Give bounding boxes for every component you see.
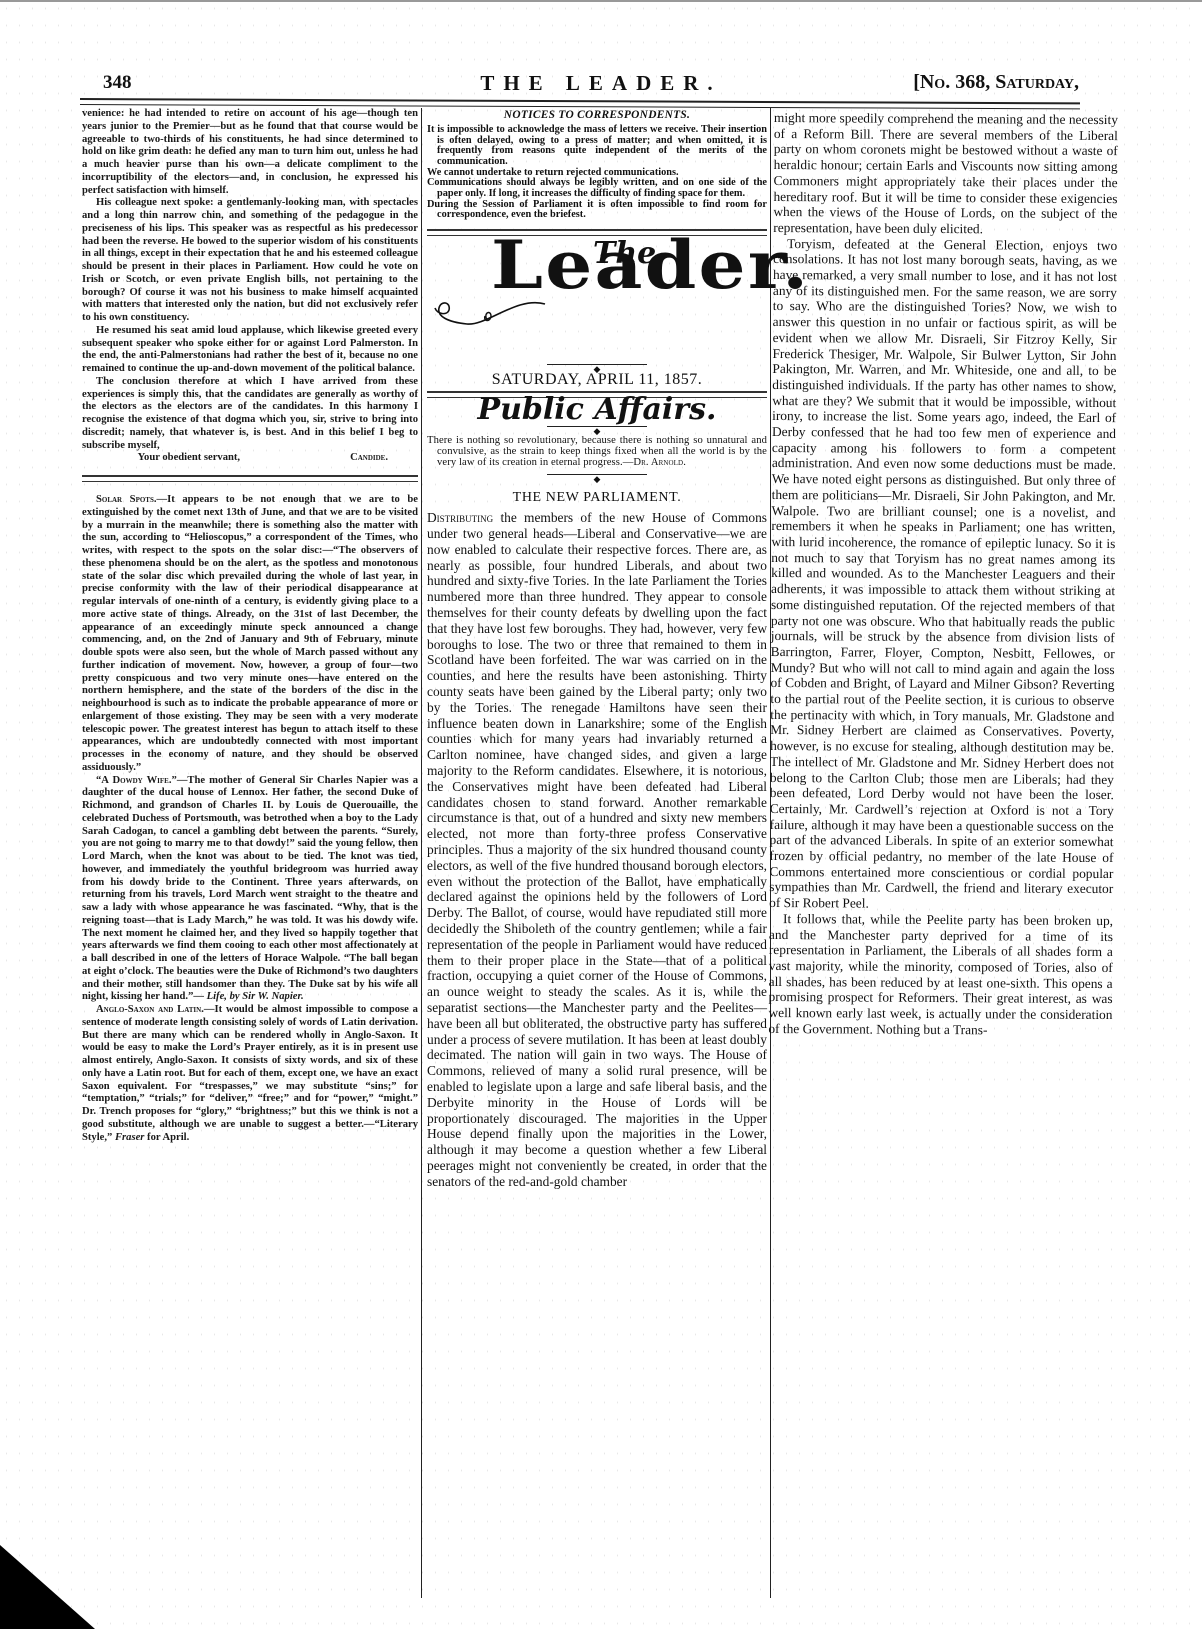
heading-anglo-saxon: Anglo-Saxon and Latin. <box>96 1004 204 1015</box>
drop-lead: Distributing <box>427 510 493 525</box>
page-header: 348 THE LEADER. [No. 368, Saturday, <box>0 0 1202 100</box>
letter-paragraph: The conclusion therefore at which I have… <box>82 376 418 453</box>
article-body: Distributing the members of the new Hous… <box>427 510 767 1189</box>
section-title: Public Affairs. <box>427 402 767 418</box>
letter-paragraph: He resumed his seat amid loud applause, … <box>82 325 418 376</box>
notices-heading: NOTICES TO CORRESPONDENTS. <box>427 108 767 124</box>
article-paragraph: Toryism, defeated at the General Electio… <box>769 236 1117 913</box>
epigraph-author: Dr. Arnold. <box>633 457 686 468</box>
ornament-divider: ◆ <box>427 470 767 480</box>
notice-item: During the Session of Parliament it is o… <box>427 200 767 221</box>
article-paragraph: It follows that, while the Peelite party… <box>768 911 1113 1039</box>
source-napier: Life, by Sir W. Napier. <box>207 991 304 1002</box>
column-rule <box>421 108 422 1598</box>
letter-signoff: Your obedient servant,Candide. <box>82 452 418 465</box>
epigraph: There is nothing so revolutionary, becau… <box>427 436 767 469</box>
article-paragraph: might more speedily comprehend the meani… <box>773 110 1118 238</box>
heading-dowdy-wife: “A Dowdy Wife.” <box>96 775 177 786</box>
dateline: SATURDAY, APRIL 11, 1857. <box>427 372 767 388</box>
letter-paragraph: venience: he had intended to retire on a… <box>82 108 418 197</box>
signature: Candide. <box>350 452 388 463</box>
heading-solar-spots: Solar Spots. <box>96 494 157 505</box>
column-center: NOTICES TO CORRESPONDENTS. It is impossi… <box>427 108 767 1190</box>
issue-number: [No. 368, Saturday, <box>913 71 1079 94</box>
notice-item: Communications should always be legibly … <box>427 178 767 199</box>
ornament-divider: ◆ <box>427 360 767 370</box>
ornament-divider: ◆ <box>427 422 767 432</box>
column-left: venience: he had intended to retire on a… <box>82 108 418 1144</box>
source-fraser: Fraser <box>115 1132 144 1143</box>
closing: Your obedient servant, <box>138 452 241 463</box>
masthead-logo: The Leader. <box>427 242 767 360</box>
scan-corner-shadow <box>0 1545 95 1629</box>
section-divider <box>82 475 418 482</box>
notice-item: It is impossible to acknowledge the mass… <box>427 125 767 168</box>
notices-list: It is impossible to acknowledge the mass… <box>427 125 767 221</box>
paragraph-dowdy-wife: “A Dowdy Wife.”—The mother of General Si… <box>82 775 418 1005</box>
column-right: might more speedily comprehend the meani… <box>768 110 1118 1039</box>
article-title: THE NEW PARLIAMENT. <box>427 490 767 506</box>
logo-leader: Leader. <box>491 258 810 274</box>
paragraph-anglo-saxon: Anglo-Saxon and Latin.—It would be almos… <box>82 1004 418 1144</box>
letter-paragraph: His colleague next spoke: a gentlemanly-… <box>82 197 418 325</box>
paragraph-solar-spots: Solar Spots.—It appears to be not enough… <box>82 494 418 775</box>
